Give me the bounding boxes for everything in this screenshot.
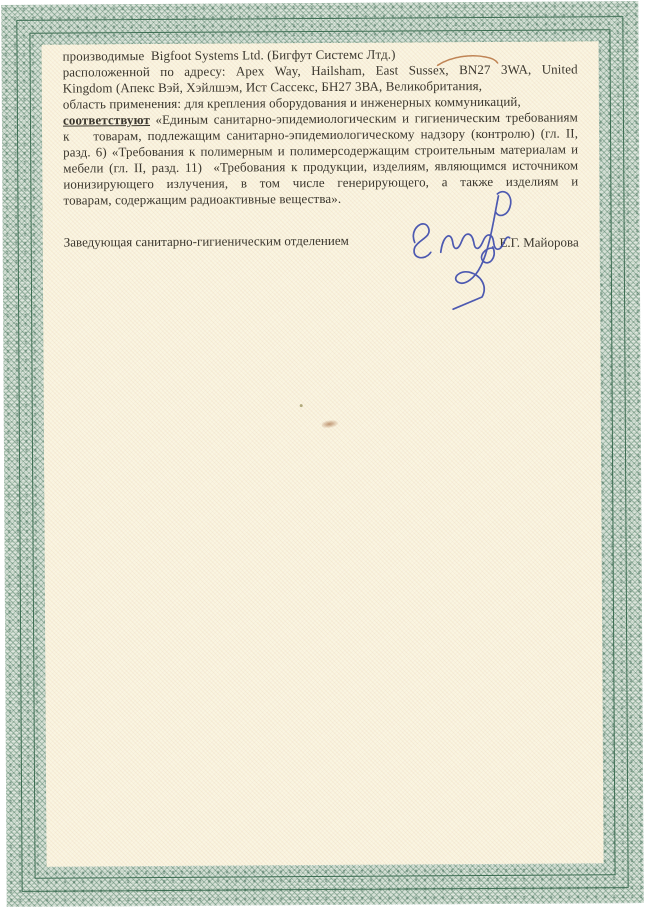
- paragraph-line: расположенной по адресу: Apex Way, Hails…: [63, 61, 578, 80]
- paragraph-line: товарам, содержащим радиоактивные вещест…: [63, 189, 578, 208]
- ink-speck: [300, 404, 303, 407]
- certificate-paper: производимые Bigfoot Systems Ltd. (Бигфу…: [41, 41, 603, 866]
- signer-role-label: Заведующая санитарно-гигиеническим отдел…: [64, 233, 349, 251]
- certificate-text-block: производимые Bigfoot Systems Ltd. (Бигфу…: [41, 41, 599, 253]
- emphasized-word: соответствуют: [63, 112, 150, 128]
- border-ring-inner: производимые Bigfoot Systems Ltd. (Бигфу…: [29, 29, 615, 879]
- scanned-certificate-page: производимые Bigfoot Systems Ltd. (Бигфу…: [1, 1, 643, 907]
- pen-stroke-icon: [436, 52, 500, 68]
- border-ring-outer: производимые Bigfoot Systems Ltd. (Бигфу…: [16, 16, 628, 892]
- guilloche-border: производимые Bigfoot Systems Ltd. (Бигфу…: [1, 1, 643, 907]
- paragraph: производимые Bigfoot Systems Ltd. (Бигфу…: [63, 45, 579, 208]
- ink-smudge: [321, 419, 339, 429]
- paragraph-line: ионизирующего излучения, в том числе ген…: [63, 173, 578, 192]
- signer-row: Заведующая санитарно-гигиеническим отдел…: [64, 231, 579, 253]
- signer-name: Е.Г. Майорова: [499, 234, 578, 250]
